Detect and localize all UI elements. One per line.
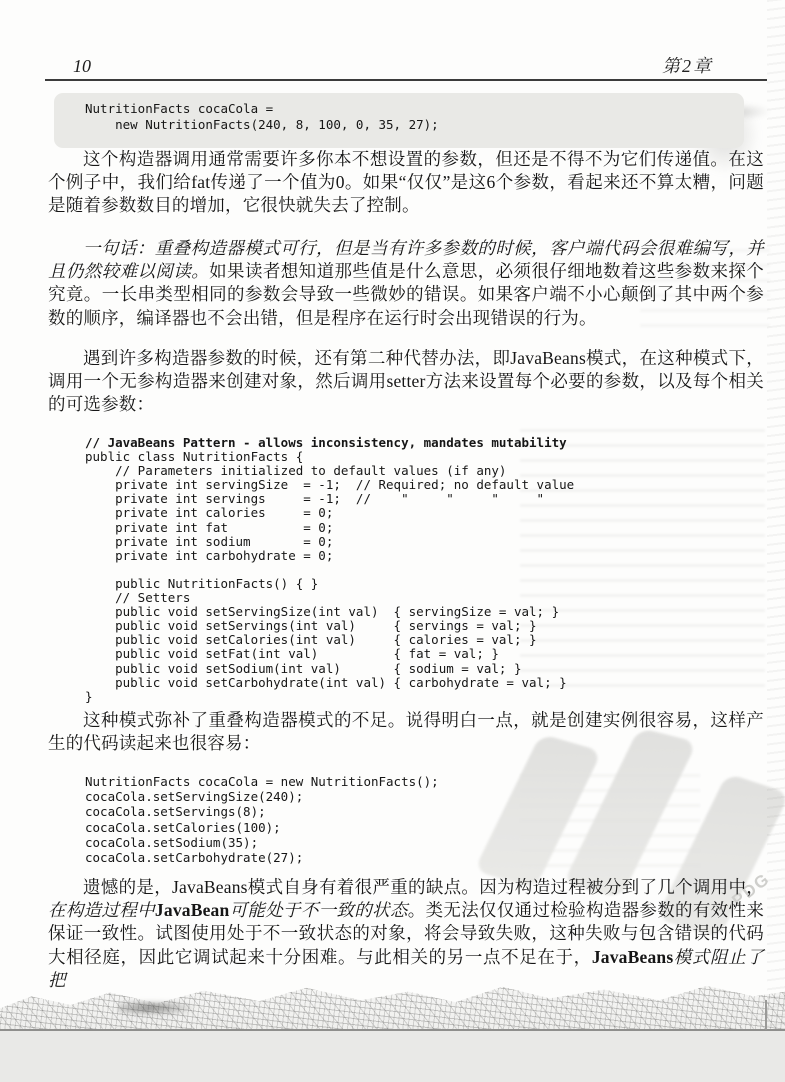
emphasis-segment: 在构造过程中 (48, 900, 155, 920)
scan-smudge (118, 1000, 198, 1016)
paragraph-javabeans-advantages: 这种模式弥补了重叠构造器模式的不足。说得明白一点，就是创建实例很容易，这样产生的… (48, 709, 764, 755)
bold-term-javabean: JavaBean (155, 900, 230, 920)
bold-term-javabeans: JavaBeans (592, 947, 674, 967)
bleed-through-artifact (520, 765, 700, 875)
page-number: 10 (73, 56, 91, 77)
paragraph-javabeans-drawbacks: 遗憾的是，JavaBeans模式自身有着很严重的缺点。因为构造过程被分到了几个调… (48, 876, 764, 992)
code-comment-bold: // JavaBeans Pattern - allows inconsiste… (85, 435, 567, 450)
header-rule (45, 79, 767, 81)
paragraph-javabeans-intro: 遇到许多构造器参数的时候，还有第二种代替办法，即JavaBeans模式，在这种模… (48, 347, 764, 417)
paragraph-telescoping-summary: 一句话：重叠构造器模式可行，但是当有许多参数的时候，客户端代码会很难编写，并且仍… (48, 237, 764, 330)
paragraph-constructor-drawbacks: 这个构造器调用通常需要许多你本不想设置的参数，但还是不得不为它们传递值。在这个例… (48, 148, 764, 218)
book-page: 10 第2章 PDG NutritionFacts cocaCola = new… (0, 0, 785, 1082)
code-class-body: public class NutritionFacts { // Paramet… (85, 449, 574, 704)
emphasis-segment: 可能处于不一致的状态 (229, 900, 407, 920)
chapter-header: 第2章 (662, 52, 713, 78)
code-block-setter-calls: NutritionFacts cocaCola = new NutritionF… (85, 774, 439, 865)
scan-edge-mark (765, 1000, 767, 1030)
scan-edge-noise (767, 0, 785, 1030)
paragraph-segment: 遗憾的是，JavaBeans模式自身有着很严重的缺点。因为构造过程被分到了几个调… (83, 877, 764, 897)
scanner-background (0, 1031, 785, 1082)
code-block-constructor-call: NutritionFacts cocaCola = new NutritionF… (85, 101, 439, 133)
code-block-javabeans-class: // JavaBeans Pattern - allows inconsiste… (85, 436, 574, 704)
